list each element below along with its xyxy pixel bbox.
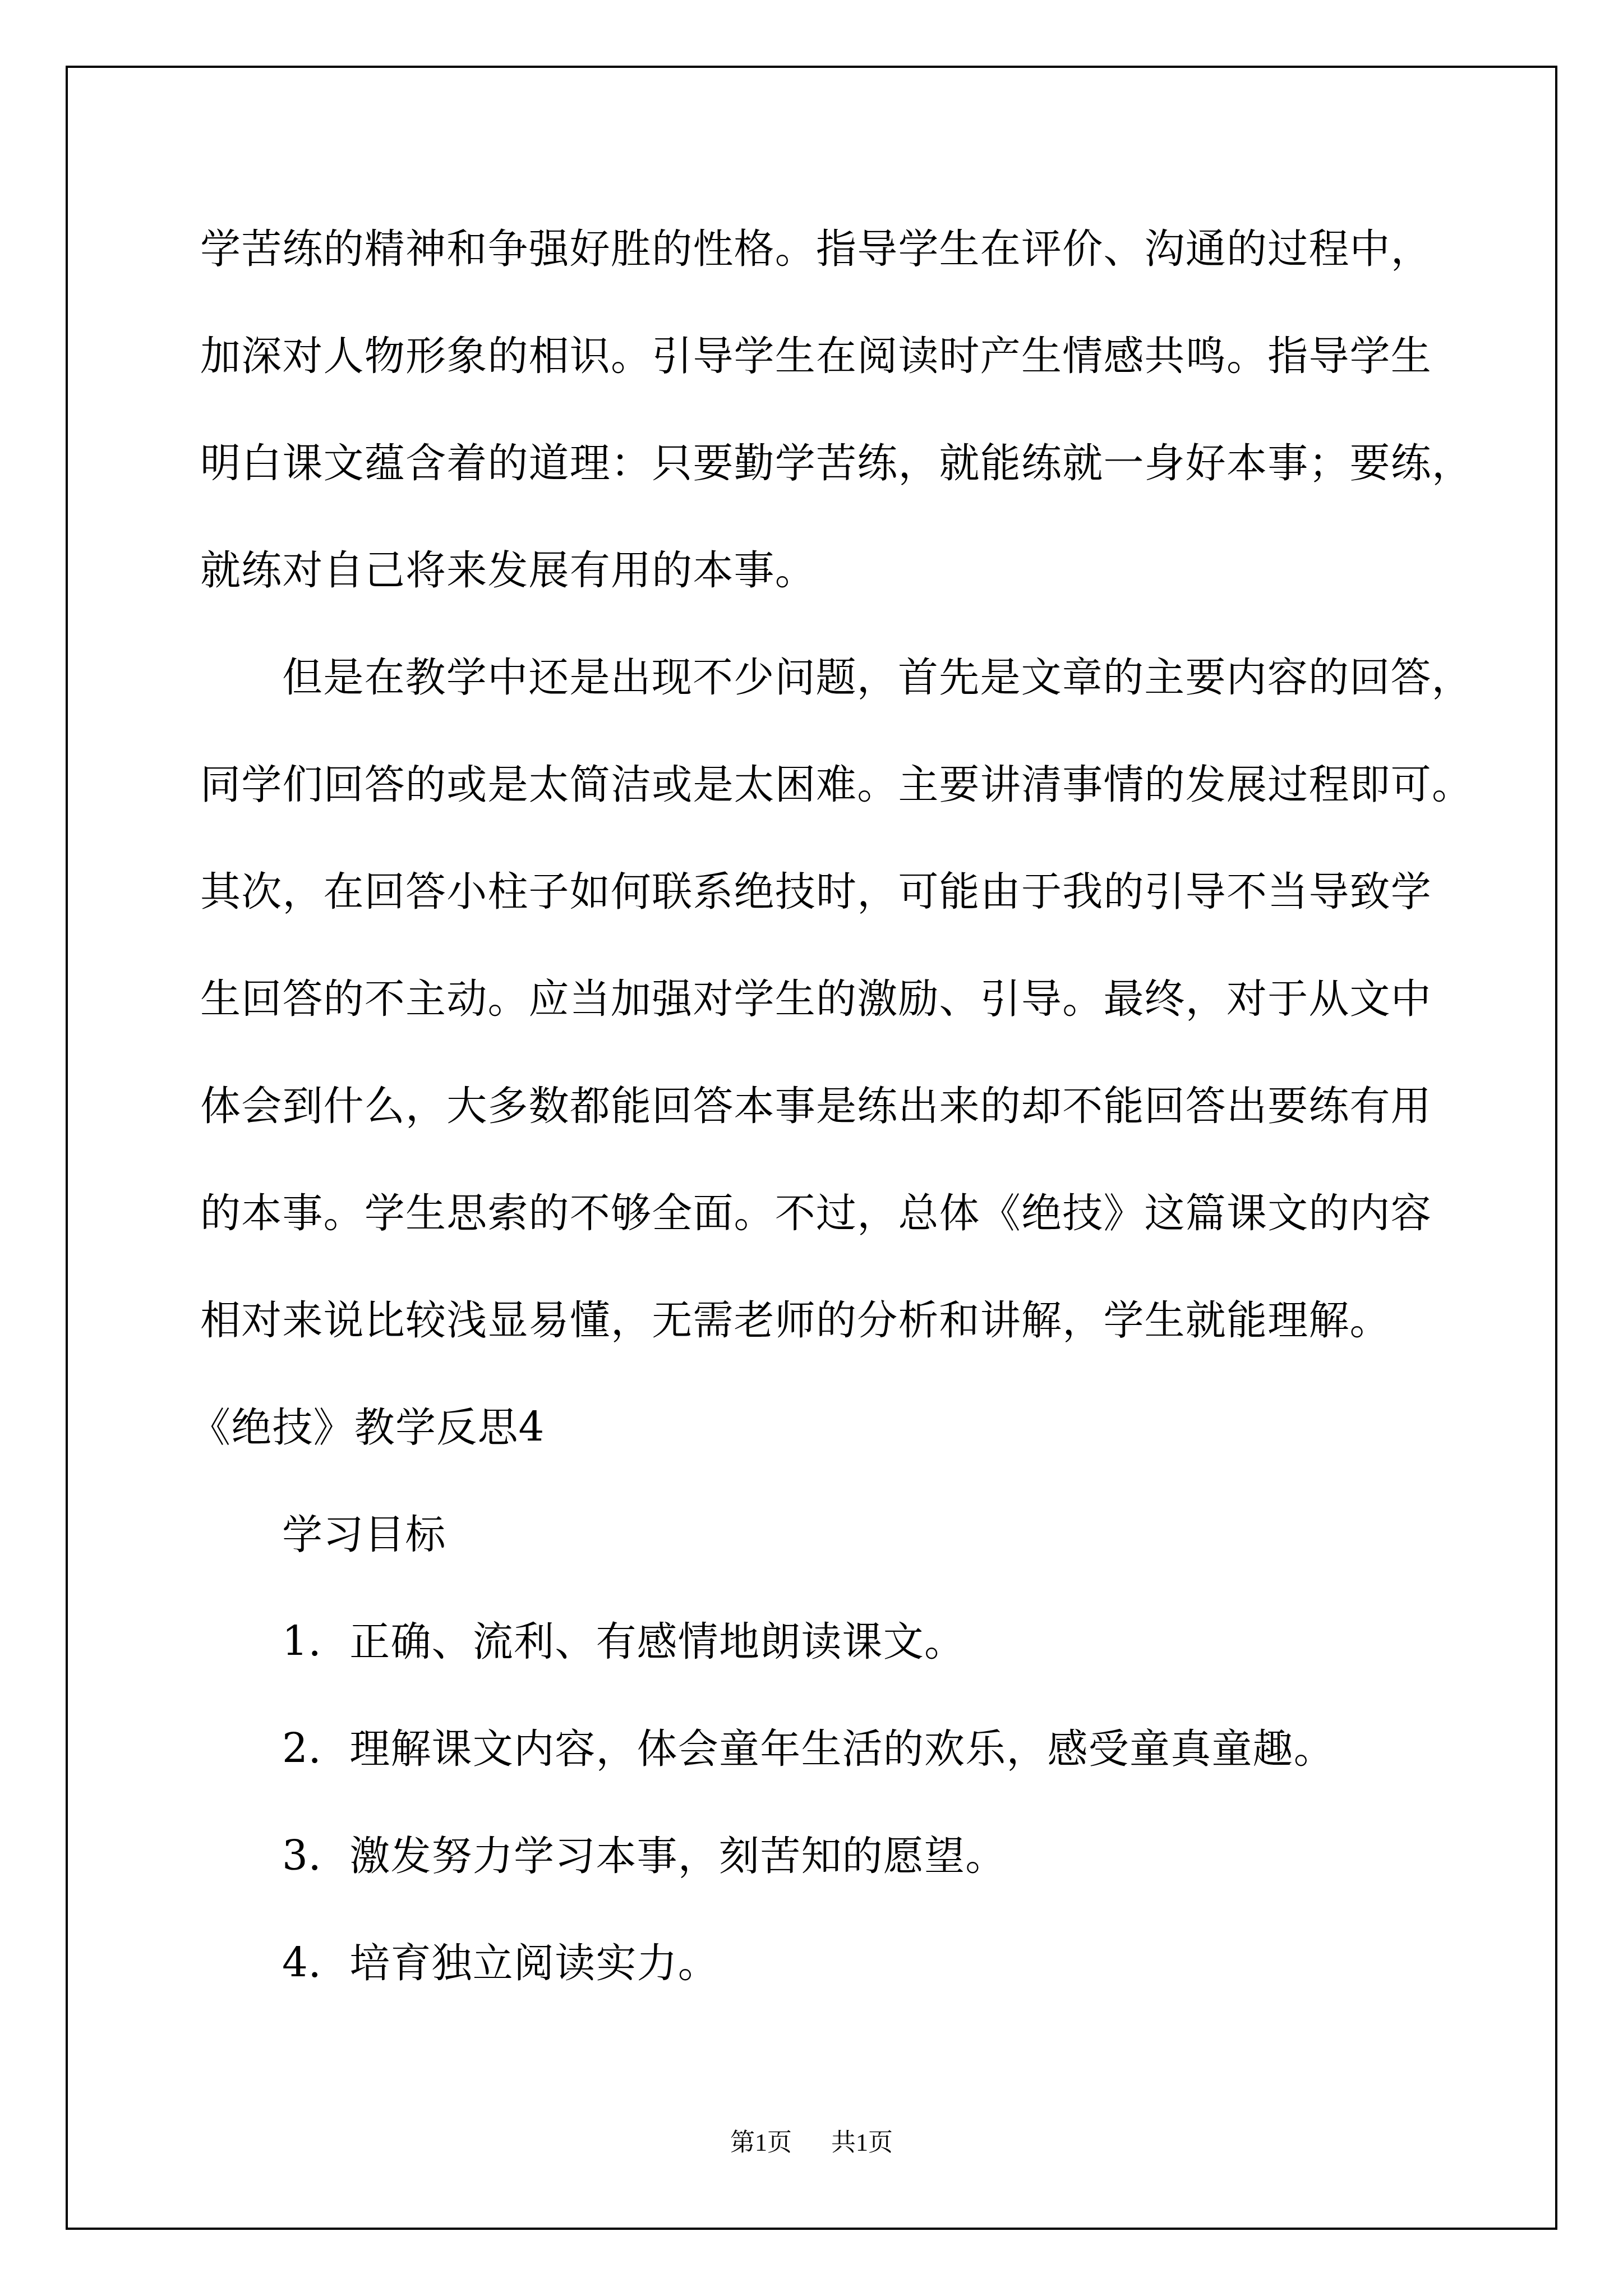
paragraph-line: 其次，在回答小柱子如何联系绝技时，可能由于我的引导不当导致学 xyxy=(200,861,1490,968)
paragraph-line: 明白课文蕴含着的道理：只要勤学苦练，就能练就一身好本事；要练， xyxy=(200,432,1490,539)
goal-item-3: 3．激发努力学习本事，刻苦知的愿望。 xyxy=(200,1825,1490,1932)
paragraph-line: 体会到什么，大多数都能回答本事是练出来的却不能回答出要练有用 xyxy=(200,1075,1490,1182)
current-page-label: 第1页 xyxy=(730,2126,792,2160)
paragraph-line: 相对来说比较浅显易懂，无需老师的分析和讲解，学生就能理解。 xyxy=(200,1289,1490,1396)
goal-item-2: 2．理解课文内容，体会童年生活的欢乐，感受童真童趣。 xyxy=(200,1718,1490,1825)
document-body: 学苦练的精神和争强好胜的性格。指导学生在评价、沟通的过程中， 加深对人物形象的相… xyxy=(200,218,1490,2039)
goal-item-1: 1．正确、流利、有感情地朗读课文。 xyxy=(200,1611,1490,1718)
paragraph-line: 生回答的不主动。应当加强对学生的激励、引导。最终，对于从文中 xyxy=(200,968,1490,1075)
paragraph-line: 加深对人物形象的相识。引导学生在阅读时产生情感共鸣。指导学生 xyxy=(200,325,1490,432)
paragraph-line: 同学们回答的或是太简洁或是太困难。主要讲清事情的发展过程即可。 xyxy=(200,753,1490,861)
paragraph-line: 就练对自己将来发展有用的本事。 xyxy=(200,539,1490,646)
paragraph-line: 但是在教学中还是出现不少问题，首先是文章的主要内容的回答， xyxy=(200,646,1490,753)
paragraph-line: 的本事。学生思索的不够全面。不过，总体《绝技》这篇课文的内容 xyxy=(200,1182,1490,1289)
section-heading: 《绝技》教学反思4 xyxy=(190,1396,1490,1503)
learning-goals-heading: 学习目标 xyxy=(200,1503,1490,1611)
total-pages-label: 共1页 xyxy=(831,2126,893,2160)
goal-item-4: 4．培育独立阅读实力。 xyxy=(200,1932,1490,2039)
paragraph-line: 学苦练的精神和争强好胜的性格。指导学生在评价、沟通的过程中， xyxy=(200,218,1490,325)
page-footer: 第1页共1页 xyxy=(0,2126,1623,2160)
